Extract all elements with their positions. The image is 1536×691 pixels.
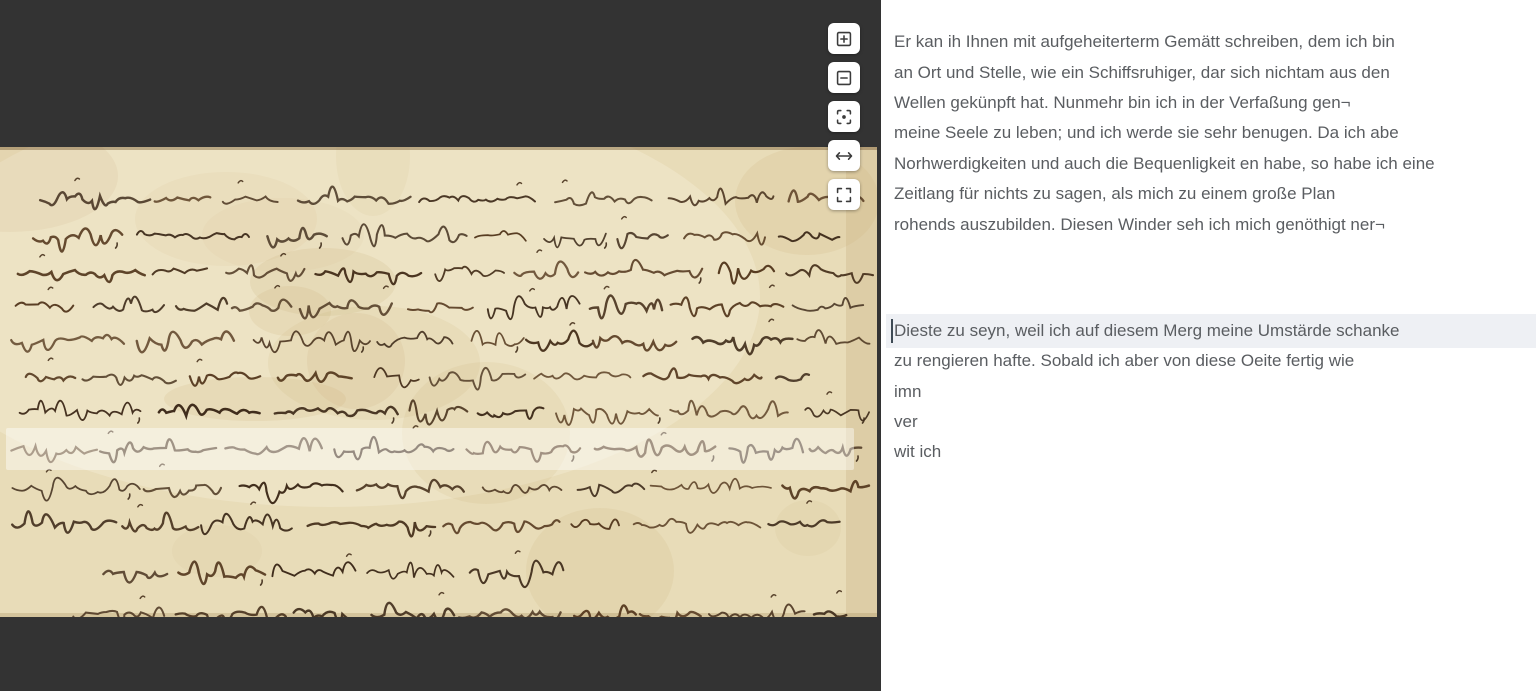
line-text: Norhwerdigkeiten und auch die Bequenligk… [894, 154, 1435, 174]
transcription-line[interactable]: ver [886, 407, 1536, 437]
app-window: Er kan ih Ihnen mit aufgeheiterterm Gemä… [0, 0, 1536, 691]
viewer-toolbar [828, 23, 860, 210]
image-viewer-panel [0, 0, 881, 691]
manuscript-image [0, 147, 877, 617]
text-caret [891, 319, 893, 343]
fit-width-button[interactable] [828, 140, 860, 171]
transcription-line[interactable]: meine Seele zu leben; und ich werde sie … [886, 118, 1536, 148]
transcription-line-selected[interactable]: Dieste zu seyn, weil ich auf diesem Merg… [886, 316, 1536, 346]
transcription-line[interactable]: Er kan ih Ihnen mit aufgeheiterterm Gemä… [886, 27, 1536, 57]
line-text: Zeitlang für nichts zu sagen, als mich z… [894, 184, 1335, 204]
transcription-line[interactable]: Norhwerdigkeiten und auch die Bequenligk… [886, 149, 1536, 179]
line-text: meine Seele zu leben; und ich werde sie … [894, 123, 1399, 143]
transcription-line[interactable]: an Ort und Stelle, wie ein Schiffsruhige… [886, 57, 1536, 87]
image-line-highlight [6, 428, 854, 470]
line-text: imn [894, 382, 921, 402]
transcription-line[interactable]: imn [886, 377, 1536, 407]
line-text: rohends auszubilden. Diesen Winder seh i… [894, 215, 1385, 235]
zoom-out-icon [833, 67, 855, 89]
transcription-panel: Er kan ih Ihnen mit aufgeheiterterm Gemä… [881, 0, 1536, 691]
zoom-out-button[interactable] [828, 62, 860, 93]
zoom-in-icon [833, 28, 855, 50]
zoom-in-button[interactable] [828, 23, 860, 54]
transcription-line[interactable]: zu rengieren hafte. Sobald ich aber von … [886, 346, 1536, 376]
transcription-line[interactable]: Zeitlang für nichts zu sagen, als mich z… [886, 179, 1536, 209]
line-text: Wellen gekünpft hat. Nunmehr bin ich in … [894, 93, 1351, 113]
transcription-region-1: Er kan ih Ihnen mit aufgeheiterterm Gemä… [886, 27, 1536, 240]
transcription-line[interactable]: wit ich [886, 437, 1536, 467]
transcription-line[interactable]: rohends auszubilden. Diesen Winder seh i… [886, 209, 1536, 239]
center-focus-icon [833, 106, 855, 128]
image-viewer-canvas[interactable] [0, 147, 877, 617]
fullscreen-button[interactable] [828, 179, 860, 210]
transcription-region-2: Dieste zu seyn, weil ich auf diesem Merg… [886, 316, 1536, 468]
line-text: zu rengieren hafte. Sobald ich aber von … [894, 351, 1354, 371]
line-text: Dieste zu seyn, weil ich auf diesem Merg… [894, 321, 1400, 341]
transcription-line[interactable]: Wellen gekünpft hat. Nunmehr bin ich in … [886, 88, 1536, 118]
line-text: an Ort und Stelle, wie ein Schiffsruhige… [894, 63, 1390, 83]
fullscreen-icon [833, 184, 855, 206]
line-text: wit ich [894, 442, 941, 462]
line-text: Er kan ih Ihnen mit aufgeheiterterm Gemä… [894, 32, 1395, 52]
center-focus-button[interactable] [828, 101, 860, 132]
fit-width-icon [833, 145, 855, 167]
line-text: ver [894, 412, 918, 432]
